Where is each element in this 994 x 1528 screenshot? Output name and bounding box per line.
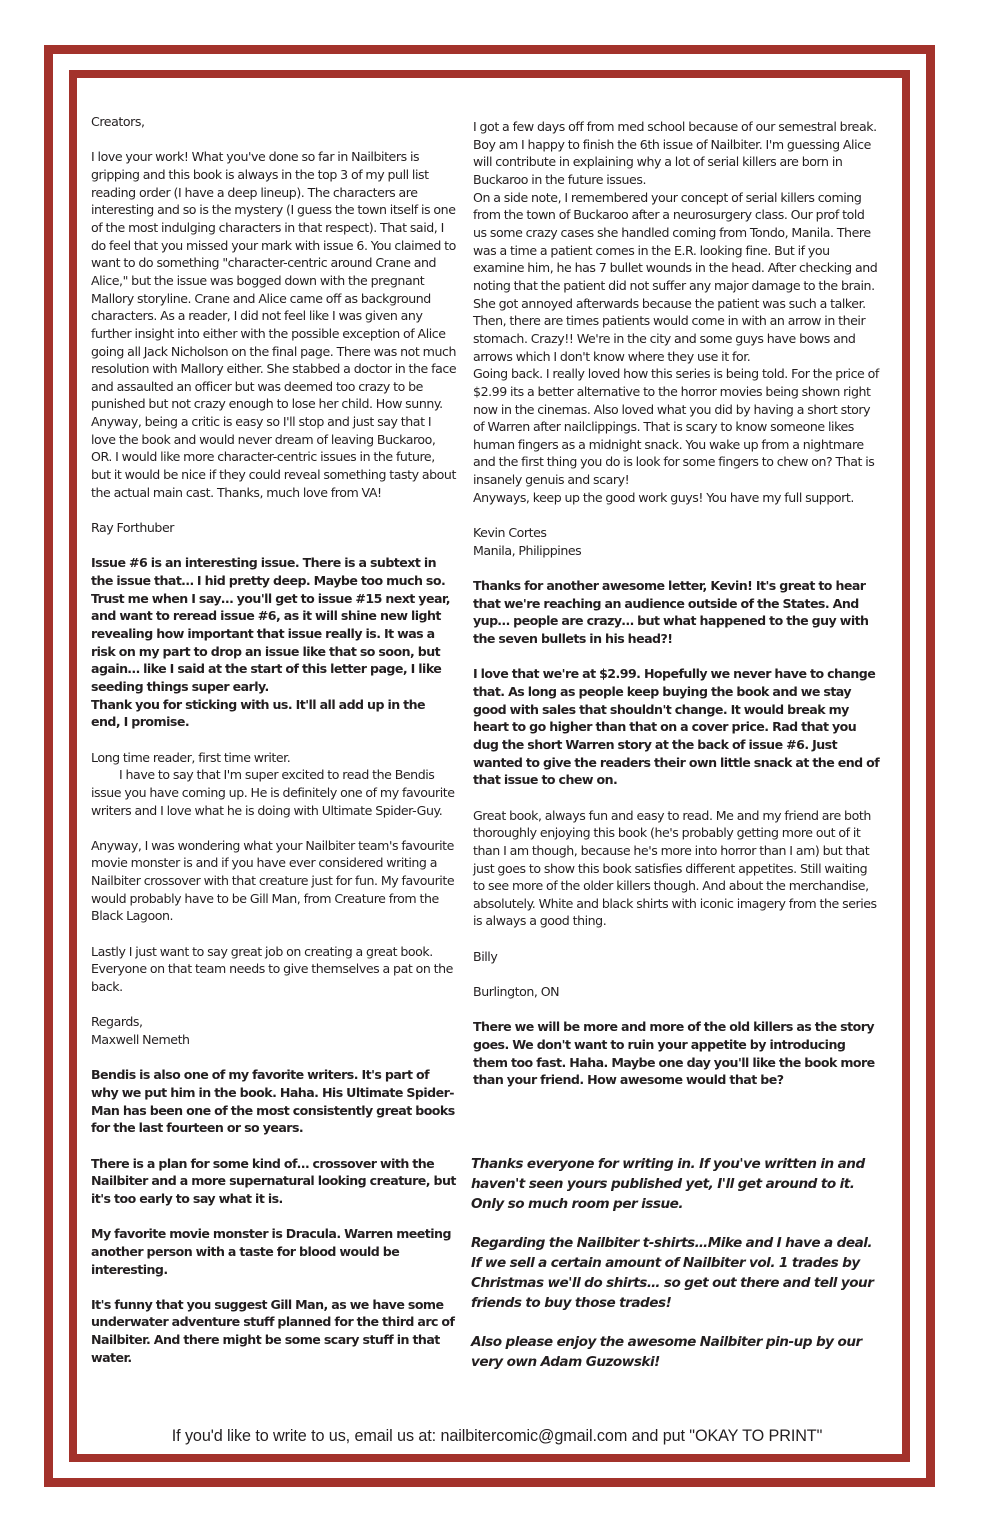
editor-reply: My favorite movie monster is Dracula. Wa… [91, 1225, 457, 1278]
editor-reply-closing: Thank you for sticking with us. It'll al… [91, 696, 457, 731]
editor-reply: Thanks for another awesome letter, Kevin… [473, 577, 881, 648]
letter-location: Manila, Philippines [473, 542, 881, 560]
editor-reply: There is a plan for some kind of… crosso… [91, 1155, 457, 1208]
letter-salutation: Creators, [91, 113, 457, 131]
closing-notes: Thanks everyone for writing in. If you'v… [471, 1155, 883, 1393]
letter-body: Great book, always fun and easy to read.… [473, 807, 881, 931]
letter-paragraph: I have to say that I'm super excited to … [91, 766, 457, 819]
letter-signature: Maxwell Nemeth [91, 1031, 457, 1049]
letter-paragraph: I got a few days off from med school bec… [473, 118, 881, 189]
letter-paragraph: Anyways, keep up the good work guys! You… [473, 489, 881, 507]
left-column: Creators, I love your work! What you've … [91, 113, 457, 1384]
right-column: I got a few days off from med school bec… [473, 118, 881, 1107]
editor-reply: Bendis is also one of my favorite writer… [91, 1066, 457, 1137]
letter-signature: Kevin Cortes [473, 524, 881, 542]
letter-paragraph-text: I have to say that I'm super excited to … [91, 766, 457, 819]
closing-paragraph: Regarding the Nailbiter t-shirts…Mike an… [471, 1234, 883, 1313]
letter-paragraph: Anyway, I was wondering what your Nailbi… [91, 837, 457, 925]
editor-reply: It's funny that you suggest Gill Man, as… [91, 1296, 457, 1367]
editor-reply: There we will be more and more of the ol… [473, 1018, 881, 1089]
letter-paragraph: Lastly I just want to say great job on c… [91, 943, 457, 996]
contact-footer: If you'd like to write to us, email us a… [0, 1427, 994, 1446]
letter-opening: Long time reader, first time writer. [91, 749, 457, 767]
letter-body: I love your work! What you've done so fa… [91, 148, 457, 501]
letter-regards: Regards, [91, 1013, 457, 1031]
letter-paragraph: Going back. I really loved how this seri… [473, 365, 881, 489]
editor-reply: Issue #6 is an interesting issue. There … [91, 554, 457, 695]
closing-paragraph: Thanks everyone for writing in. If you'v… [471, 1155, 883, 1214]
letter-location: Burlington, ON [473, 983, 881, 1001]
letter-signature: Billy [473, 948, 881, 966]
closing-paragraph: Also please enjoy the awesome Nailbiter … [471, 1333, 883, 1373]
letter-paragraph: On a side note, I remembered your concep… [473, 189, 881, 366]
letter-signature: Ray Forthuber [91, 519, 457, 537]
editor-reply: I love that we're at $2.99. Hopefully we… [473, 665, 881, 789]
